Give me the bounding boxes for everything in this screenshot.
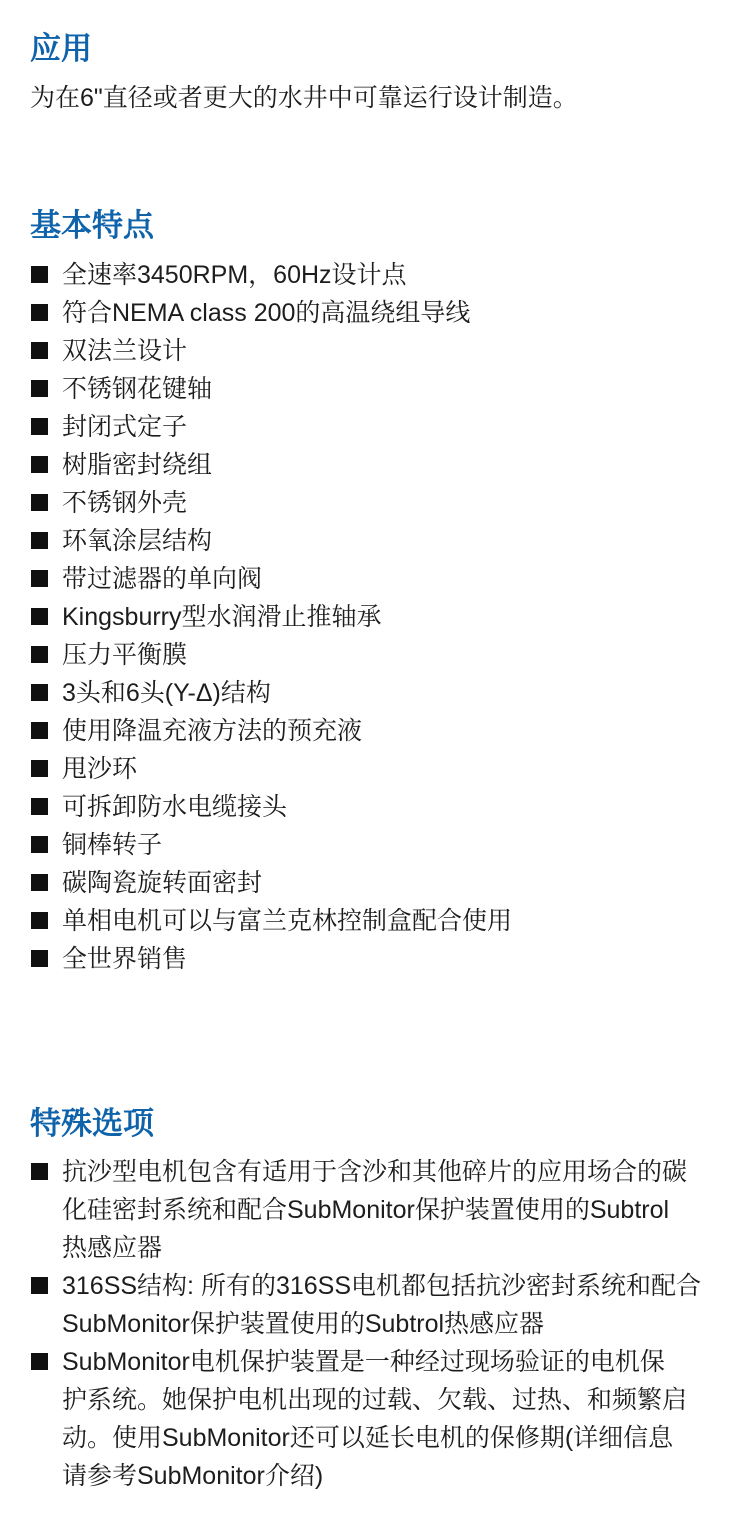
feature-item: 甩沙环 [30, 750, 722, 788]
option-line: 316SS结构: 所有的316SS电机都包括抗沙密封系统和配合 [62, 1267, 722, 1305]
features-title: 基本特点 [30, 210, 722, 242]
option-line: 护系统。她保护电机出现的过载、欠载、过热、和频繁启 [62, 1381, 722, 1419]
feature-item: 全速率3450RPM，60Hz设计点 [30, 256, 722, 294]
feature-item: 全世界销售 [30, 940, 722, 978]
feature-item: 3头和6头(Y-Δ)结构 [30, 674, 722, 712]
application-title: 应用 [30, 33, 722, 65]
bullet-square-icon [31, 532, 48, 549]
bullet-square-icon [31, 570, 48, 587]
features-list: 全速率3450RPM，60Hz设计点 符合NEMA class 200的高温绕组… [30, 256, 722, 978]
feature-item-label: 不锈钢花键轴 [62, 375, 212, 403]
feature-item: 可拆卸防水电缆接头 [30, 788, 722, 826]
feature-item: 符合NEMA class 200的高温绕组导线 [30, 294, 722, 332]
feature-item: 双法兰设计 [30, 332, 722, 370]
feature-item-label: 3头和6头(Y-Δ)结构 [62, 679, 271, 707]
bullet-square-icon [31, 1163, 48, 1180]
option-line: 抗沙型电机包含有适用于含沙和其他碎片的应用场合的碳 [62, 1153, 722, 1191]
feature-item-label: 压力平衡膜 [62, 641, 187, 669]
bullet-square-icon [31, 418, 48, 435]
bullet-square-icon [31, 494, 48, 511]
feature-item-label: 全速率3450RPM，60Hz设计点 [62, 261, 407, 289]
section-application: 应用 为在6"直径或者更大的水井中可靠运行设计制造。 [30, 33, 722, 113]
feature-item: 使用降温充液方法的预充液 [30, 712, 722, 750]
feature-item: Kingsburry型水润滑止推轴承 [30, 598, 722, 636]
bullet-square-icon [31, 684, 48, 701]
bullet-square-icon [31, 608, 48, 625]
feature-item-label: 封闭式定子 [62, 413, 187, 441]
bullet-square-icon [31, 304, 48, 321]
feature-item-label: 带过滤器的单向阀 [62, 565, 262, 593]
bullet-square-icon [31, 912, 48, 929]
special-options-list: 抗沙型电机包含有适用于含沙和其他碎片的应用场合的碳 化硅密封系统和配合SubMo… [30, 1153, 722, 1495]
feature-item-label: 树脂密封绕组 [62, 451, 212, 479]
feature-item: 封闭式定子 [30, 408, 722, 446]
bullet-square-icon [31, 1353, 48, 1370]
feature-item-label: Kingsburry型水润滑止推轴承 [62, 603, 382, 631]
feature-item-label: 双法兰设计 [62, 337, 187, 365]
option-line: 热感应器 [62, 1229, 722, 1267]
feature-item: 铜棒转子 [30, 826, 722, 864]
feature-item: 不锈钢外壳 [30, 484, 722, 522]
bullet-square-icon [31, 798, 48, 815]
option-line: 请参考SubMonitor介绍) [62, 1457, 722, 1495]
feature-item-label: 甩沙环 [62, 755, 137, 783]
bullet-square-icon [31, 836, 48, 853]
feature-item: 不锈钢花键轴 [30, 370, 722, 408]
feature-item: 碳陶瓷旋转面密封 [30, 864, 722, 902]
option-line: 化硅密封系统和配合SubMonitor保护装置使用的Subtrol [62, 1191, 722, 1229]
feature-item: 树脂密封绕组 [30, 446, 722, 484]
feature-item-label: 单相电机可以与富兰克林控制盒配合使用 [62, 907, 512, 935]
special-options-title: 特殊选项 [30, 1108, 722, 1140]
section-special-options: 特殊选项 抗沙型电机包含有适用于含沙和其他碎片的应用场合的碳 化硅密封系统和配合… [30, 1108, 722, 1495]
option-line: 动。使用SubMonitor还可以延长电机的保修期(详细信息 [62, 1419, 722, 1457]
bullet-square-icon [31, 760, 48, 777]
bullet-square-icon [31, 380, 48, 397]
bullet-square-icon [31, 456, 48, 473]
bullet-square-icon [31, 1277, 48, 1294]
special-option-text: SubMonitor电机保护装置是一种经过现场验证的电机保 护系统。她保护电机出… [62, 1343, 722, 1495]
bullet-square-icon [31, 874, 48, 891]
special-option-text: 抗沙型电机包含有适用于含沙和其他碎片的应用场合的碳 化硅密封系统和配合SubMo… [62, 1153, 722, 1267]
special-option-item: SubMonitor电机保护装置是一种经过现场验证的电机保 护系统。她保护电机出… [30, 1343, 722, 1495]
application-body: 为在6"直径或者更大的水井中可靠运行设计制造。 [30, 83, 722, 113]
special-option-item: 抗沙型电机包含有适用于含沙和其他碎片的应用场合的碳 化硅密封系统和配合SubMo… [30, 1153, 722, 1267]
bullet-square-icon [31, 722, 48, 739]
feature-item-label: 不锈钢外壳 [62, 489, 187, 517]
feature-item-label: 碳陶瓷旋转面密封 [62, 869, 262, 897]
option-line: SubMonitor保护装置使用的Subtrol热感应器 [62, 1305, 722, 1343]
section-features: 基本特点 全速率3450RPM，60Hz设计点 符合NEMA class 200… [30, 210, 722, 978]
option-line: SubMonitor电机保护装置是一种经过现场验证的电机保 [62, 1343, 722, 1381]
special-option-item: 316SS结构: 所有的316SS电机都包括抗沙密封系统和配合 SubMonit… [30, 1267, 722, 1343]
feature-item: 带过滤器的单向阀 [30, 560, 722, 598]
special-option-text: 316SS结构: 所有的316SS电机都包括抗沙密封系统和配合 SubMonit… [62, 1267, 722, 1343]
datasheet-page: 应用 为在6"直径或者更大的水井中可靠运行设计制造。 基本特点 全速率3450R… [0, 0, 750, 1495]
feature-item: 单相电机可以与富兰克林控制盒配合使用 [30, 902, 722, 940]
bullet-square-icon [31, 266, 48, 283]
feature-item-label: 符合NEMA class 200的高温绕组导线 [62, 299, 470, 327]
feature-item: 环氧涂层结构 [30, 522, 722, 560]
feature-item-label: 铜棒转子 [62, 831, 162, 859]
bullet-square-icon [31, 950, 48, 967]
feature-item-label: 使用降温充液方法的预充液 [62, 717, 362, 745]
feature-item-label: 全世界销售 [62, 945, 187, 973]
bullet-square-icon [31, 342, 48, 359]
feature-item-label: 环氧涂层结构 [62, 527, 212, 555]
feature-item-label: 可拆卸防水电缆接头 [62, 793, 287, 821]
bullet-square-icon [31, 646, 48, 663]
feature-item: 压力平衡膜 [30, 636, 722, 674]
